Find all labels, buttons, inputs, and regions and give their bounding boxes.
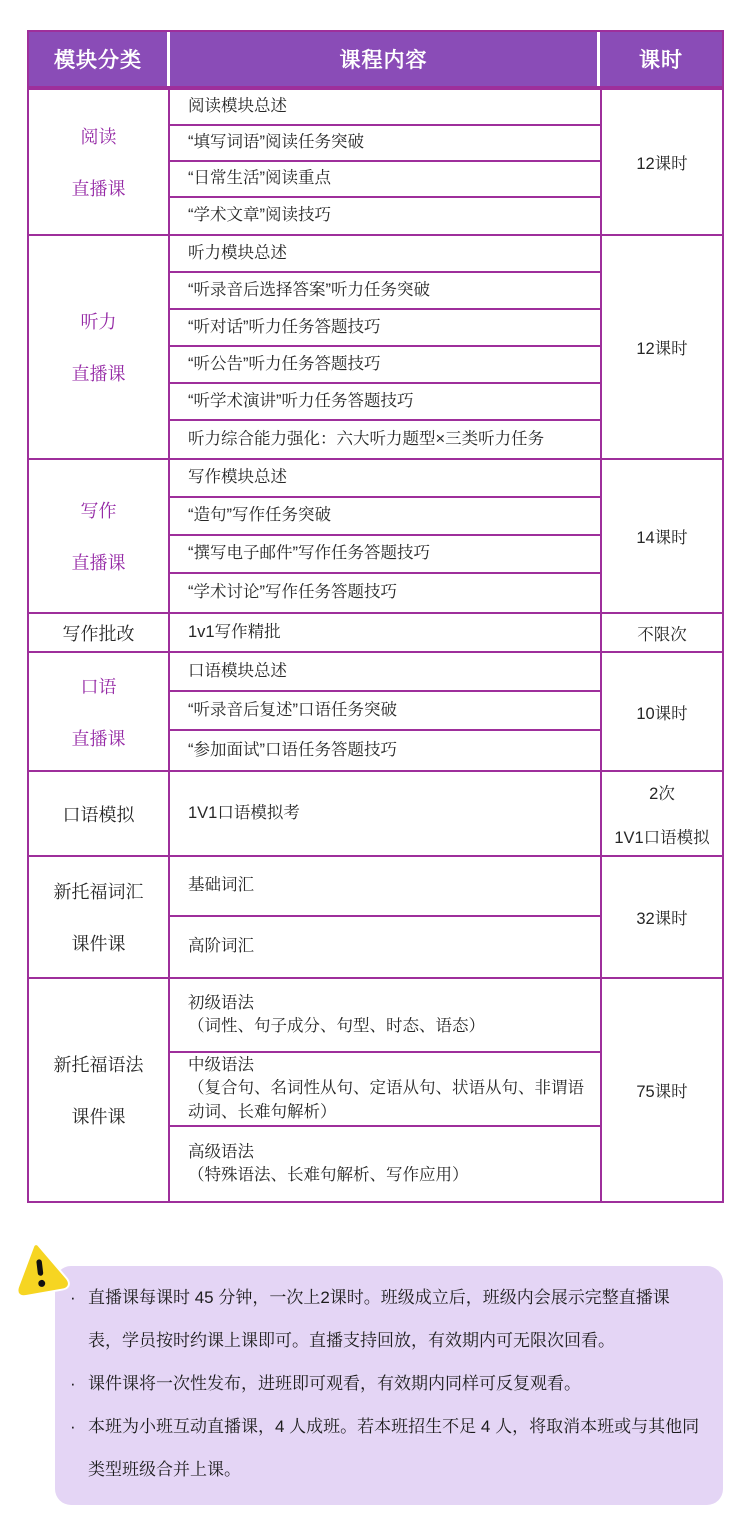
course-item-subtext: （特殊语法、长难句解析、写作应用） xyxy=(188,1164,590,1187)
course-item-text: “日常生活”阅读重点 xyxy=(188,167,590,190)
category-label: 新托福词汇 xyxy=(54,878,144,904)
course-item: “撰写电子邮件”写作任务答题技巧 xyxy=(170,536,600,574)
course-item: “日常生活”阅读重点 xyxy=(170,162,600,198)
course-item-text: 高级语法 xyxy=(188,1141,590,1164)
course-item: “填写词语”阅读任务突破 xyxy=(170,126,600,162)
course-item: 高级语法 （特殊语法、长难句解析、写作应用） xyxy=(170,1127,600,1201)
course-item: 写作模块总述 xyxy=(170,460,600,498)
hours-value: 10课时 xyxy=(636,700,687,724)
category-cell: 写作批改 xyxy=(29,614,170,651)
course-item-text: “学术讨论”写作任务答题技巧 xyxy=(188,581,590,604)
hours-value: 32课时 xyxy=(636,905,687,929)
category-label: 阅读 xyxy=(81,123,117,149)
course-item-text: “造句”写作任务突破 xyxy=(188,504,590,527)
category-label: 课件课 xyxy=(72,930,126,956)
category-cell: 新托福语法 课件课 xyxy=(29,979,170,1201)
course-item-subtext: （复合句、名词性从句、定语从句、状语从句、非谓语动词、长难句解析） xyxy=(188,1077,590,1123)
content-cell: 阅读模块总述 “填写词语”阅读任务突破 “日常生活”阅读重点 “学术文章”阅读技… xyxy=(170,90,600,234)
course-item: 中级语法 （复合句、名词性从句、定语从句、状语从句、非谓语动词、长难句解析） xyxy=(170,1053,600,1127)
category-label: 课件课 xyxy=(72,1103,126,1129)
category-label: 直播课 xyxy=(72,360,126,386)
hours-cell: 12课时 xyxy=(600,236,722,458)
note-text: 课件课将一次性发布，进班即可观看，有效期内同样可反复观看。 xyxy=(88,1374,581,1393)
note-item: ·课件课将一次性发布，进班即可观看，有效期内同样可反复观看。 xyxy=(55,1362,703,1405)
category-cell: 写作 直播课 xyxy=(29,460,170,612)
hours-value: 12课时 xyxy=(636,335,687,359)
course-item-text: 1V1口语模拟考 xyxy=(188,802,590,825)
course-item: 1V1口语模拟考 xyxy=(170,772,600,855)
course-item-text: “听录音后复述”口语任务突破 xyxy=(188,699,590,722)
category-label: 口语模拟 xyxy=(63,801,135,827)
course-item-text: “听录音后选择答案”听力任务突破 xyxy=(188,279,590,302)
course-item-text: 写作模块总述 xyxy=(188,466,590,489)
note-bullet: · xyxy=(70,1276,76,1319)
category-label: 直播课 xyxy=(72,175,126,201)
hours-cell: 10课时 xyxy=(600,653,722,770)
course-item: “听对话”听力任务答题技巧 xyxy=(170,310,600,347)
content-cell: 基础词汇 高阶词汇 xyxy=(170,857,600,977)
hours-cell: 12课时 xyxy=(600,90,722,234)
course-item: 高阶词汇 xyxy=(170,917,600,977)
course-item-text: 听力综合能力强化：六大听力题型×三类听力任务 xyxy=(188,428,590,451)
note-item: ·本班为小班互动直播课，4 人成班。若本班招生不足 4 人，将取消本班或与其他同… xyxy=(55,1405,703,1491)
header-course-content: 课程内容 xyxy=(170,32,600,86)
course-item: 阅读模块总述 xyxy=(170,90,600,126)
hours-value: 2次 xyxy=(649,780,675,804)
notes-panel: ·直播课每课时 45 分钟，一次上2课时。班级成立后，班级内会展示完整直播课表，… xyxy=(55,1266,723,1505)
category-cell: 新托福词汇 课件课 xyxy=(29,857,170,977)
category-label: 写作批改 xyxy=(63,620,135,646)
header-module-category: 模块分类 xyxy=(29,32,170,86)
course-item-text: 高阶词汇 xyxy=(188,935,590,958)
table-row-speaking-mock: 口语模拟 1V1口语模拟考 2次 1V1口语模拟 xyxy=(29,770,722,855)
course-item: 听力模块总述 xyxy=(170,236,600,273)
course-item: 基础词汇 xyxy=(170,857,600,917)
hours-value: 14课时 xyxy=(636,524,687,548)
category-label: 直播课 xyxy=(72,549,126,575)
content-cell: 写作模块总述 “造句”写作任务突破 “撰写电子邮件”写作任务答题技巧 “学术讨论… xyxy=(170,460,600,612)
content-cell: 1v1写作精批 xyxy=(170,614,600,651)
table-row-writing-live: 写作 直播课 写作模块总述 “造句”写作任务突破 “撰写电子邮件”写作任务答题技… xyxy=(29,458,722,612)
table-row-reading-live: 阅读 直播课 阅读模块总述 “填写词语”阅读任务突破 “日常生活”阅读重点 “学… xyxy=(29,88,722,234)
category-label: 写作 xyxy=(81,497,117,523)
course-item-text: 基础词汇 xyxy=(188,874,590,897)
content-cell: 听力模块总述 “听录音后选择答案”听力任务突破 “听对话”听力任务答题技巧 “听… xyxy=(170,236,600,458)
note-item: ·直播课每课时 45 分钟，一次上2课时。班级成立后，班级内会展示完整直播课表，… xyxy=(55,1276,703,1362)
course-schedule-table: 模块分类 课程内容 课时 阅读 直播课 阅读模块总述 “填写词语”阅读任务突破 … xyxy=(27,30,724,1203)
course-item-text: “填写词语”阅读任务突破 xyxy=(188,131,590,154)
hours-cell: 2次 1V1口语模拟 xyxy=(600,772,722,855)
hours-value: 不限次 xyxy=(637,621,687,645)
table-row-writing-correction: 写作批改 1v1写作精批 不限次 xyxy=(29,612,722,651)
category-label: 新托福语法 xyxy=(54,1051,144,1077)
table-header-row: 模块分类 课程内容 课时 xyxy=(29,32,722,88)
category-cell: 口语 直播课 xyxy=(29,653,170,770)
content-cell: 口语模块总述 “听录音后复述”口语任务突破 “参加面试”口语任务答题技巧 xyxy=(170,653,600,770)
course-item: “听公告”听力任务答题技巧 xyxy=(170,347,600,384)
note-text: 直播课每课时 45 分钟，一次上2课时。班级成立后，班级内会展示完整直播课表，学… xyxy=(88,1288,670,1350)
course-item: “听学术演讲”听力任务答题技巧 xyxy=(170,384,600,421)
hours-value: 1V1口语模拟 xyxy=(614,824,709,848)
note-text: 本班为小班互动直播课，4 人成班。若本班招生不足 4 人，将取消本班或与其他同类… xyxy=(88,1417,699,1479)
hours-cell: 不限次 xyxy=(600,614,722,651)
course-item-subtext: （词性、句子成分、句型、时态、语态） xyxy=(188,1015,590,1038)
course-item-text: 阅读模块总述 xyxy=(188,95,590,118)
course-item: “学术文章”阅读技巧 xyxy=(170,198,600,234)
course-item-text: 初级语法 xyxy=(188,992,590,1015)
hours-cell: 14课时 xyxy=(600,460,722,612)
course-item: 初级语法 （词性、句子成分、句型、时态、语态） xyxy=(170,979,600,1053)
course-item-text: 中级语法 xyxy=(188,1054,590,1077)
category-label: 直播课 xyxy=(72,725,126,751)
course-item-text: “参加面试”口语任务答题技巧 xyxy=(188,739,590,762)
course-item: “听录音后选择答案”听力任务突破 xyxy=(170,273,600,310)
course-item-text: “听公告”听力任务答题技巧 xyxy=(188,353,590,376)
note-bullet: · xyxy=(70,1405,76,1448)
content-cell: 初级语法 （词性、句子成分、句型、时态、语态） 中级语法 （复合句、名词性从句、… xyxy=(170,979,600,1201)
course-item-text: 听力模块总述 xyxy=(188,242,590,265)
category-cell: 口语模拟 xyxy=(29,772,170,855)
hours-value: 75课时 xyxy=(636,1078,687,1102)
content-cell: 1V1口语模拟考 xyxy=(170,772,600,855)
course-item-text: “撰写电子邮件”写作任务答题技巧 xyxy=(188,542,590,565)
table-row-listening-live: 听力 直播课 听力模块总述 “听录音后选择答案”听力任务突破 “听对话”听力任务… xyxy=(29,234,722,458)
course-item-text: “听学术演讲”听力任务答题技巧 xyxy=(188,390,590,413)
hours-cell: 75课时 xyxy=(600,979,722,1201)
category-label: 听力 xyxy=(81,308,117,334)
course-item: 口语模块总述 xyxy=(170,653,600,692)
hours-cell: 32课时 xyxy=(600,857,722,977)
course-item: “听录音后复述”口语任务突破 xyxy=(170,692,600,731)
course-item-text: “听对话”听力任务答题技巧 xyxy=(188,316,590,339)
category-cell: 阅读 直播课 xyxy=(29,90,170,234)
course-item-text: 口语模块总述 xyxy=(188,660,590,683)
table-row-speaking-live: 口语 直播课 口语模块总述 “听录音后复述”口语任务突破 “参加面试”口语任务答… xyxy=(29,651,722,770)
header-hours: 课时 xyxy=(600,32,722,86)
table-row-vocabulary-courseware: 新托福词汇 课件课 基础词汇 高阶词汇 32课时 xyxy=(29,855,722,977)
course-item-text: 1v1写作精批 xyxy=(188,621,590,644)
course-item: “造句”写作任务突破 xyxy=(170,498,600,536)
course-item: “参加面试”口语任务答题技巧 xyxy=(170,731,600,770)
course-item: “学术讨论”写作任务答题技巧 xyxy=(170,574,600,612)
table-row-grammar-courseware: 新托福语法 课件课 初级语法 （词性、句子成分、句型、时态、语态） 中级语法 （… xyxy=(29,977,722,1201)
note-bullet: · xyxy=(70,1362,76,1405)
category-label: 口语 xyxy=(81,673,117,699)
course-item-text: “学术文章”阅读技巧 xyxy=(188,204,590,227)
category-cell: 听力 直播课 xyxy=(29,236,170,458)
course-item: 听力综合能力强化：六大听力题型×三类听力任务 xyxy=(170,421,600,458)
hours-value: 12课时 xyxy=(636,150,687,174)
course-item: 1v1写作精批 xyxy=(170,614,600,651)
